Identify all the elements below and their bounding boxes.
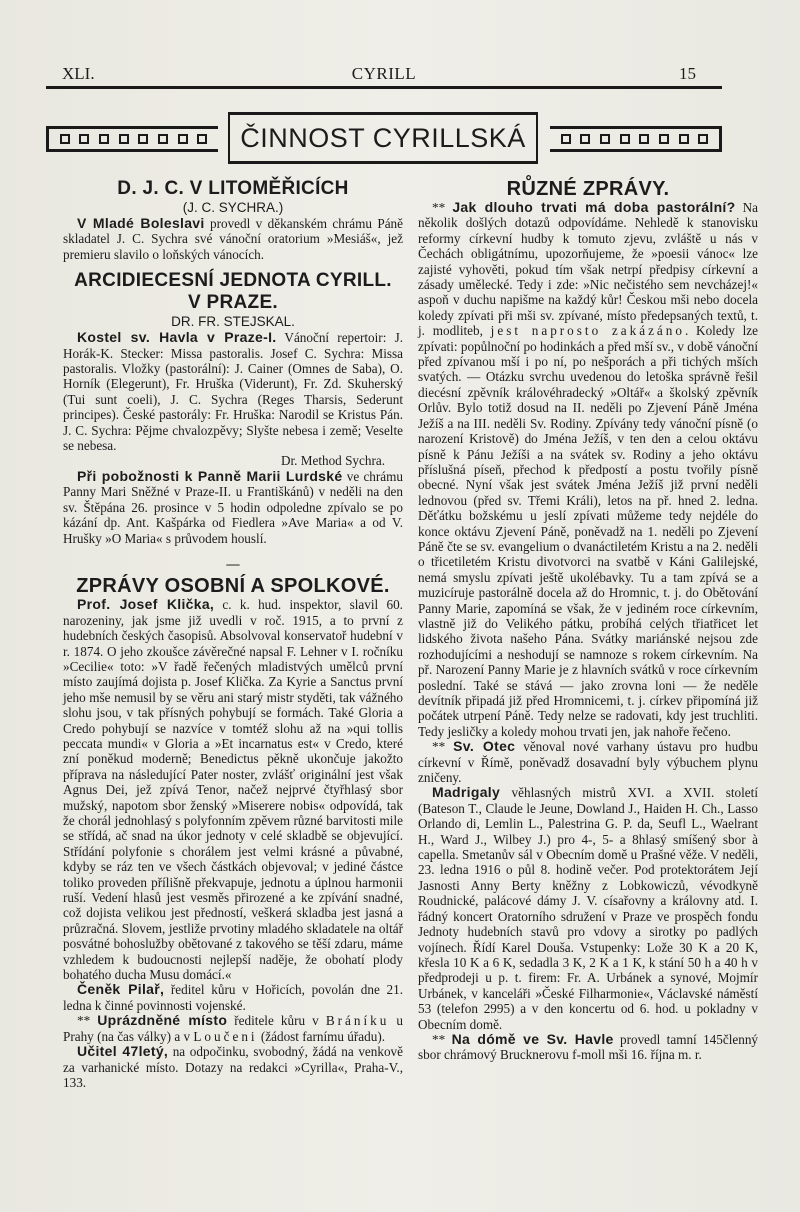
- page-number: 15: [679, 64, 696, 84]
- section-heading-ruzne-zpravy: RŮZNÉ ZPRÁVY.: [418, 178, 758, 200]
- ornament-square: [119, 134, 129, 144]
- ornament-square: [580, 134, 590, 144]
- ornament-square: [79, 134, 89, 144]
- ornament-strip-right: [550, 126, 722, 152]
- section-heading-zpravy-osobni: ZPRÁVY OSOBNÍ A SPOLKOVÉ.: [63, 575, 403, 597]
- ornament-square: [600, 134, 610, 144]
- article-paragraph: ** Na dómě ve Sv. Havle provedl tamní 14…: [418, 1032, 758, 1063]
- header-rule: [46, 86, 722, 89]
- running-header: XLI. CYRILL 15: [46, 62, 722, 86]
- section-heading-litomerice: D. J. C. V LITOMĚŘICÍCH: [63, 178, 403, 200]
- section-heading-jednota-line1: ARCIDIECESNÍ JEDNOTA CYRILL.: [63, 270, 403, 292]
- article-paragraph: Učitel 47letý, na odpočinku, svobodný, ž…: [63, 1044, 403, 1090]
- ornament-square: [158, 134, 168, 144]
- ornament-square: [639, 134, 649, 144]
- article-paragraph: V Mladé Boleslavi provedl v děkanském ch…: [63, 216, 403, 262]
- ornament-square: [60, 134, 70, 144]
- banner-title: ČINNOST CYRILLSKÁ: [228, 112, 538, 164]
- ornament-strip-left: [46, 126, 218, 152]
- left-column: D. J. C. V LITOMĚŘICÍCH (J. C. SYCHRA.) …: [63, 178, 403, 1090]
- journal-title: CYRILL: [46, 64, 722, 84]
- article-paragraph: Prof. Josef Klička, c. k. hud. inspektor…: [63, 597, 403, 982]
- article-paragraph: ** Sv. Otec věnoval nové varhany ústavu …: [418, 739, 758, 785]
- article-paragraph: Při pobožnosti k Panně Marii Lurdské ve …: [63, 469, 403, 546]
- article-paragraph: ** Jak dlouho trvati má doba pastorální?…: [418, 200, 758, 739]
- section-byline: (J. C. SYCHRA.): [63, 200, 403, 216]
- section-heading-jednota-line2: V PRAZE.: [63, 292, 403, 314]
- article-paragraph: Čeněk Pilař, ředitel kůru v Hořicích, po…: [63, 982, 403, 1013]
- ornament-square: [99, 134, 109, 144]
- signature: Dr. Method Sychra.: [63, 453, 403, 468]
- ornament-square: [679, 134, 689, 144]
- ornament-square: [620, 134, 630, 144]
- section-banner: ČINNOST CYRILLSKÁ: [46, 112, 722, 164]
- journal-page: XLI. CYRILL 15 ČINNOST CYRILLSKÁ D. J. C…: [0, 0, 800, 1212]
- article-paragraph: ** Uprázdněné místo ředitele kůru v Brán…: [63, 1013, 403, 1044]
- ornament-square: [197, 134, 207, 144]
- ornament-square: [698, 134, 708, 144]
- ornament-square: [138, 134, 148, 144]
- right-column: RŮZNÉ ZPRÁVY. ** Jak dlouho trvati má do…: [418, 178, 758, 1063]
- section-byline: DR. FR. STEJSKAL.: [63, 314, 403, 330]
- article-paragraph: Madrigaly věhlasných mistrů XVI. a XVII.…: [418, 785, 758, 1032]
- divider: —: [63, 556, 403, 571]
- ornament-square: [659, 134, 669, 144]
- article-paragraph: Kostel sv. Havla v Praze-I. Vánoční repe…: [63, 330, 403, 453]
- ornament-square: [178, 134, 188, 144]
- ornament-square: [561, 134, 571, 144]
